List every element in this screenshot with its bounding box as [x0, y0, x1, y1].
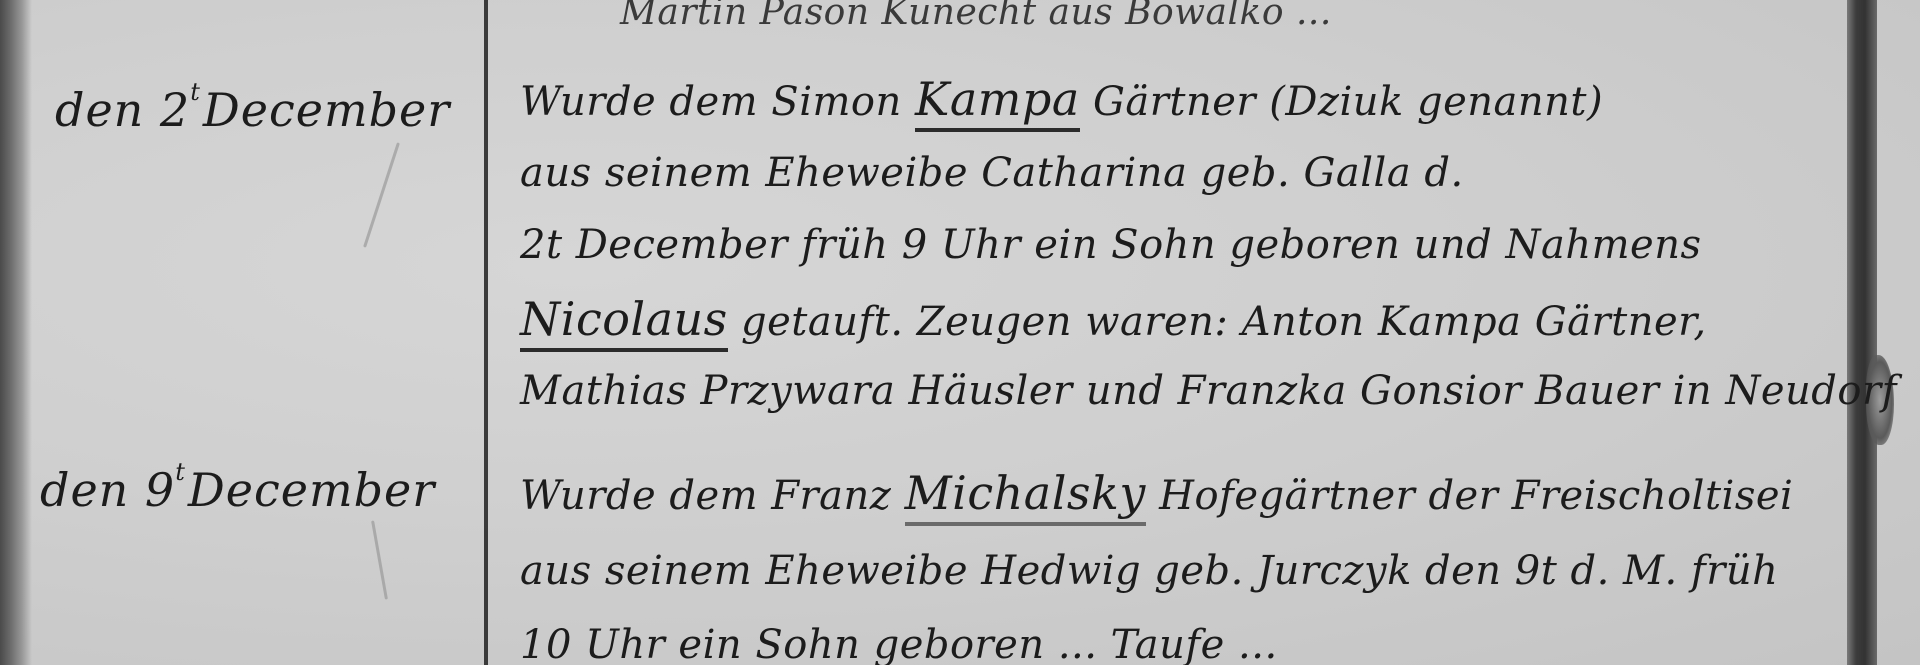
date-prefix: den	[40, 463, 129, 517]
line-text: Wurde dem Simon	[520, 79, 915, 125]
column-divider-rule	[484, 0, 488, 665]
line-text: Wurde dem Franz	[520, 473, 905, 519]
date-prefix: den	[55, 83, 144, 137]
pencil-mark	[371, 520, 388, 599]
date-month: December	[188, 463, 435, 517]
entry-1-line-1: Wurde dem Simon Kampa Gärtner (Dziuk gen…	[520, 72, 1603, 126]
line-text: getauft. Zeugen waren: Anton Kampa Gärtn…	[728, 299, 1707, 345]
father-surname: Kampa	[915, 72, 1080, 132]
right-margin-rule	[1847, 0, 1877, 665]
line-text: aus seinem Eheweibe Hedwig geb. Jurczyk …	[520, 548, 1778, 594]
father-surname: Michalsky	[905, 466, 1146, 526]
line-text: 10 Uhr ein Sohn geboren ... Taufe ...	[520, 622, 1278, 665]
line-text: Gärtner (Dziuk genannt)	[1080, 79, 1603, 125]
date-month: December	[203, 83, 450, 137]
pencil-mark	[363, 142, 400, 248]
line-text: Mathias Przywara Häusler und Franzka Gon…	[520, 368, 1897, 414]
entry-1-line-2: aus seinem Eheweibe Catharina geb. Galla…	[520, 150, 1464, 196]
date-day: 2	[160, 83, 190, 137]
line-text: Hofegärtner der Freischoltisei	[1146, 473, 1793, 519]
date-ordinal: t	[190, 78, 201, 106]
child-name: Nicolaus	[520, 292, 728, 352]
entry-2-date: den 9tDecember	[40, 458, 435, 517]
entry-1-line-4: Nicolaus getauft. Zeugen waren: Anton Ka…	[520, 292, 1707, 346]
date-ordinal: t	[175, 458, 186, 486]
book-binding-shadow	[0, 0, 32, 665]
previous-entry-fragment: Martin Pason Kunecht aus Bowalko ...	[620, 0, 1332, 33]
fragment-text: Martin Pason Kunecht aus Bowalko ...	[620, 0, 1332, 33]
register-page: Martin Pason Kunecht aus Bowalko ... den…	[0, 0, 1920, 665]
entry-2-line-3: 10 Uhr ein Sohn geboren ... Taufe ...	[520, 622, 1278, 665]
entry-1-date: den 2tDecember	[55, 78, 450, 137]
date-day: 9	[145, 463, 175, 517]
line-text: aus seinem Eheweibe Catharina geb. Galla…	[520, 150, 1464, 196]
line-text: 2t December früh 9 Uhr ein Sohn geboren …	[520, 222, 1701, 268]
entry-2-line-1: Wurde dem Franz Michalsky Hofegärtner de…	[520, 466, 1793, 520]
entry-1-line-3: 2t December früh 9 Uhr ein Sohn geboren …	[520, 222, 1701, 268]
entry-1-line-5: Mathias Przywara Häusler und Franzka Gon…	[520, 368, 1897, 414]
entry-2-line-2: aus seinem Eheweibe Hedwig geb. Jurczyk …	[520, 548, 1778, 594]
